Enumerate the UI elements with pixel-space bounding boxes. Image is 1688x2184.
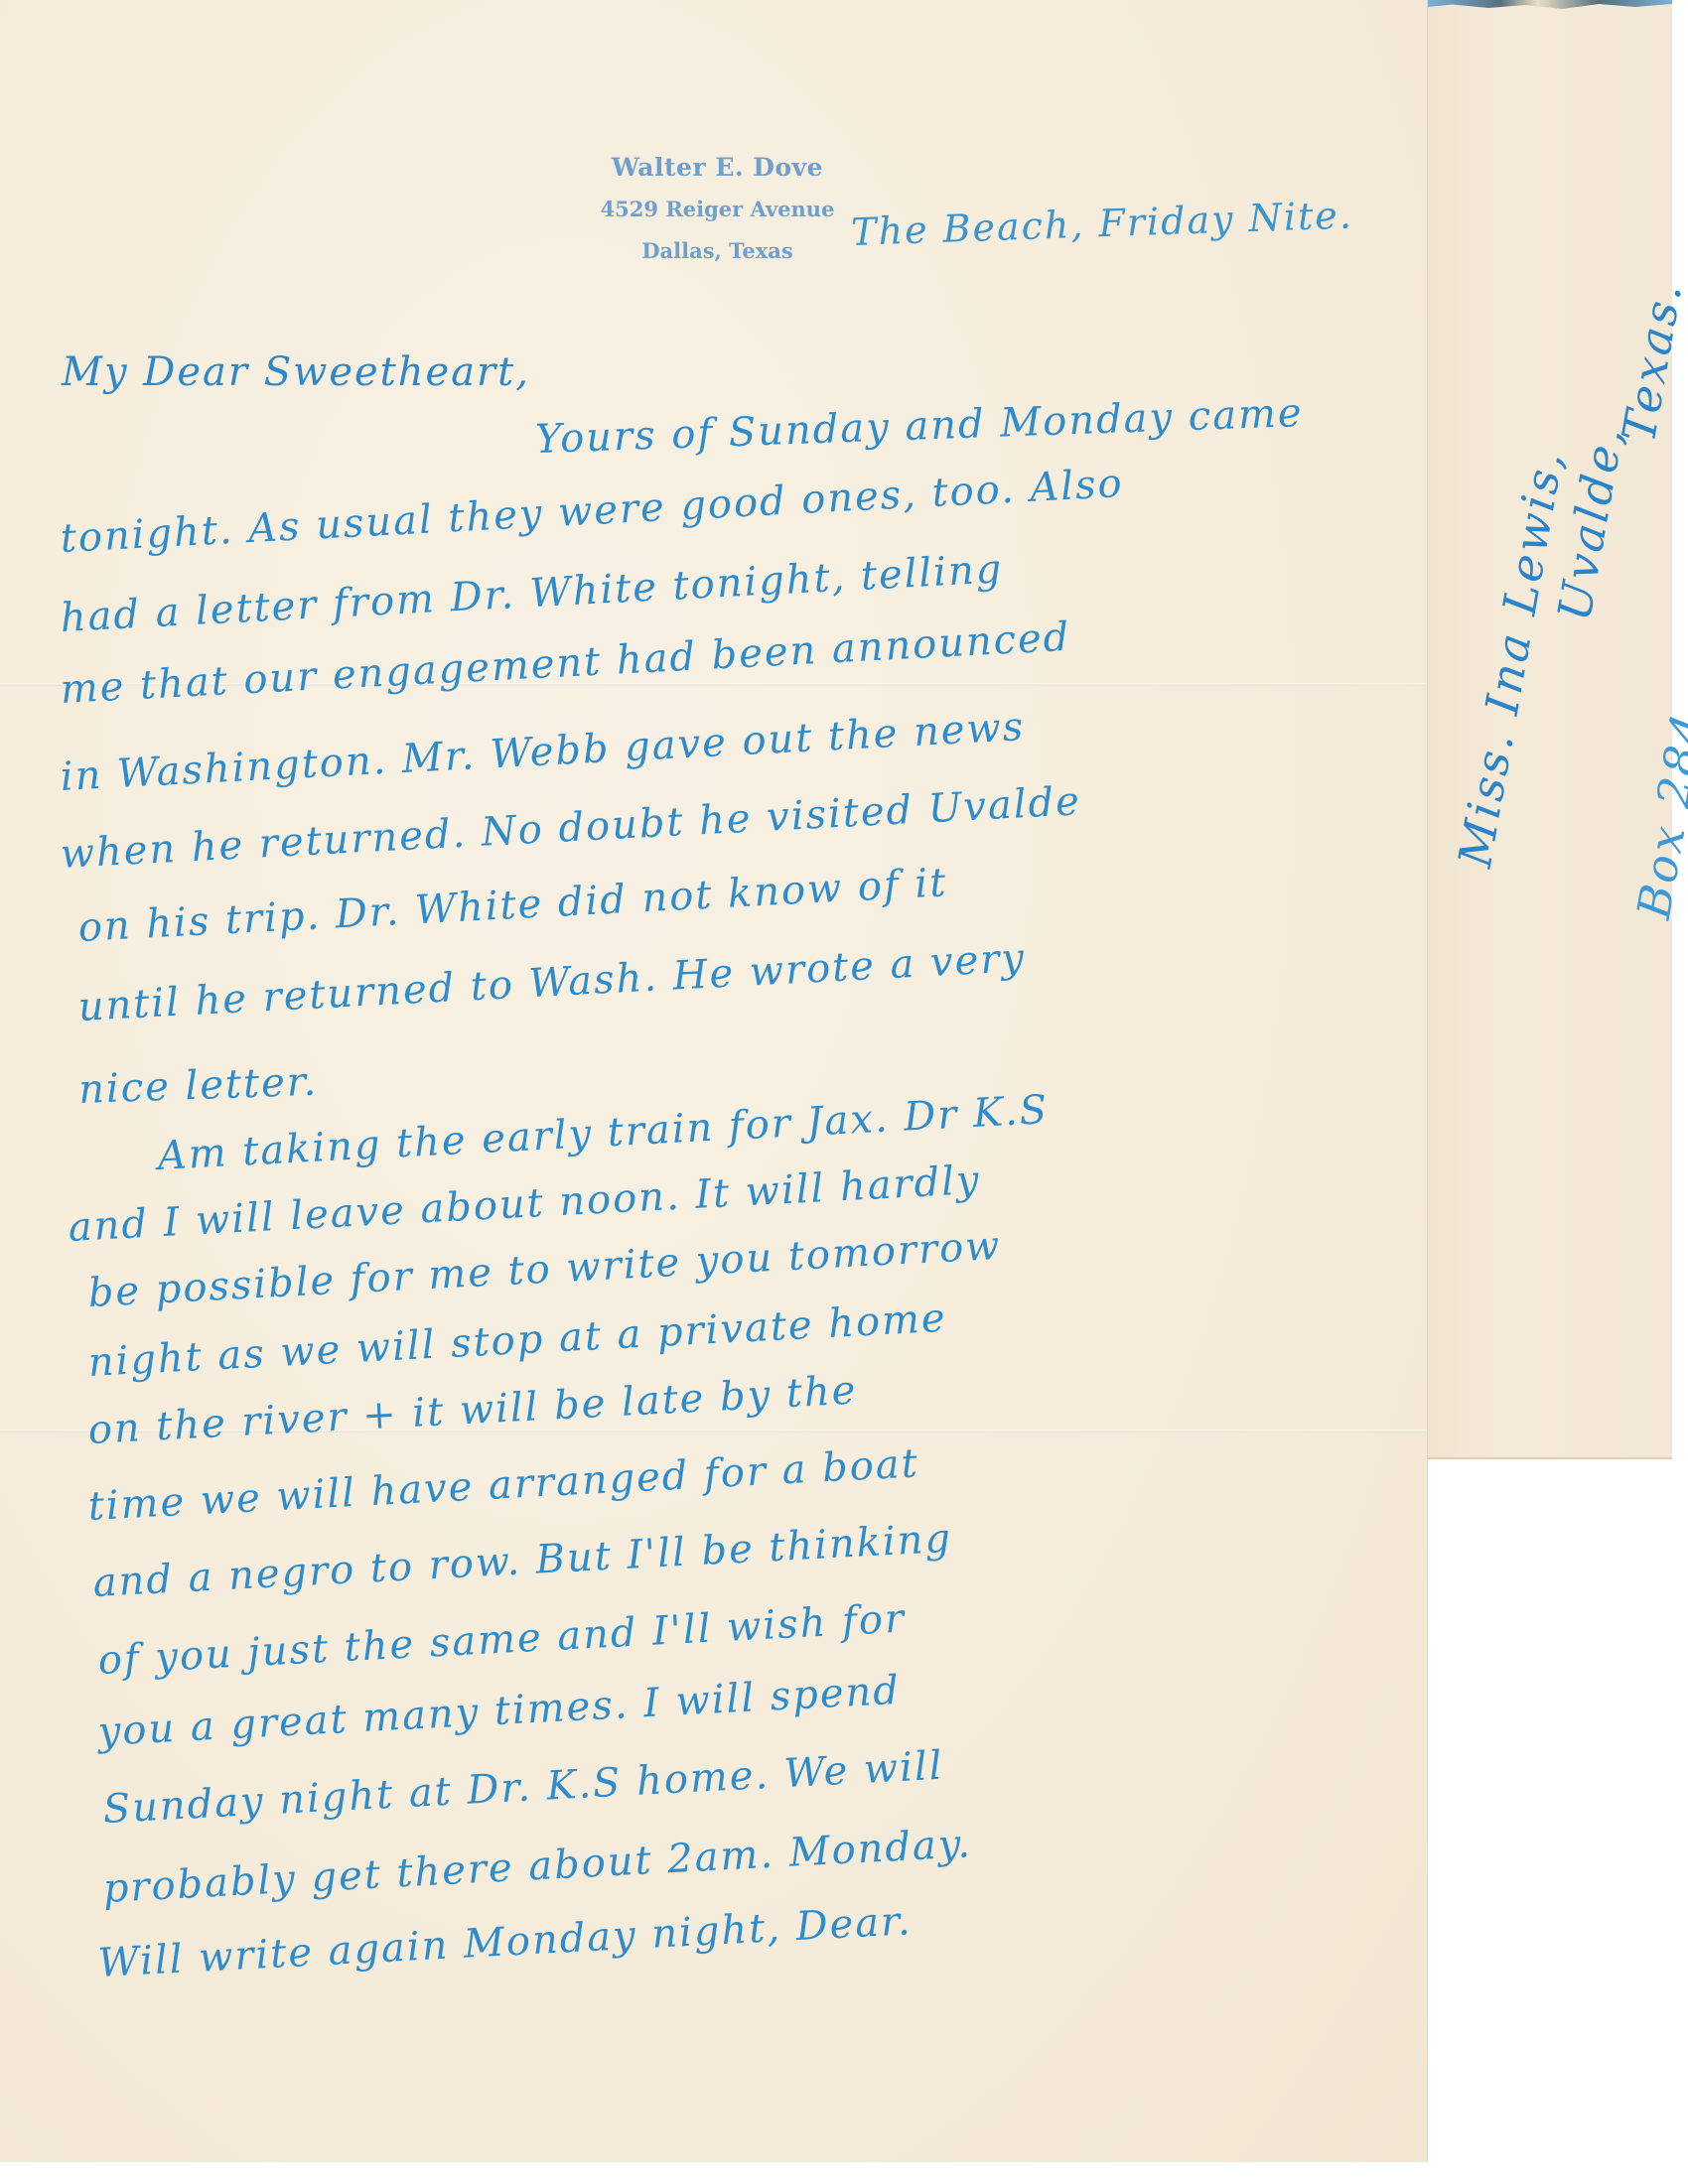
letterhead-name: Walter E. Dove [596,147,839,189]
envelope-box: Box 284. [1626,690,1688,922]
greeting: My Dear Sweetheart, [62,349,530,395]
letterhead: Walter E. Dove 4529 Reiger Avenue Dallas… [596,147,839,272]
envelope-torn-edge [1428,0,1672,10]
letterhead-street: 4529 Reiger Avenue [596,189,839,230]
body-line: until he returned to Wash. He wrote a ve… [77,935,1027,1030]
body-line: you a great many times. I will spend [97,1668,902,1755]
body-line: nice letter. [77,1059,319,1113]
body-line: Yours of Sunday and Monday came [534,390,1304,463]
body-line: and a negro to row. But I'll be thinking [92,1516,954,1606]
body-line: Will write again Monday night, Dear. [97,1898,914,1986]
body-line: time we will have arranged for a boat [87,1440,920,1530]
envelope-state: Texas. [1612,277,1688,447]
body-line: on the river + it will be late by the [87,1367,859,1453]
body-line: of you just the same and I'll wish for [97,1595,908,1684]
body-line: on his trip. Dr. White did not know of i… [77,860,949,951]
envelope: Miss. Ina Lewis, Uvalde, Texas. Box 284. [1427,0,1672,1459]
letterhead-city: Dallas, Texas [596,230,839,272]
body-line: Sunday night at Dr. K.S home. We will [102,1743,945,1833]
letter-sheet: Walter E. Dove 4529 Reiger Avenue Dallas… [0,0,1427,2162]
envelope-recipient: Miss. Ina Lewis, [1448,445,1574,871]
body-line: tonight. As usual they were good ones, t… [60,461,1125,562]
body-line: probably get there about 2am. Monday. [102,1821,973,1912]
dateline: The Beach, Friday Nite. [850,193,1353,254]
body-line: in Washington. Mr. Webb gave out the new… [60,704,1027,800]
